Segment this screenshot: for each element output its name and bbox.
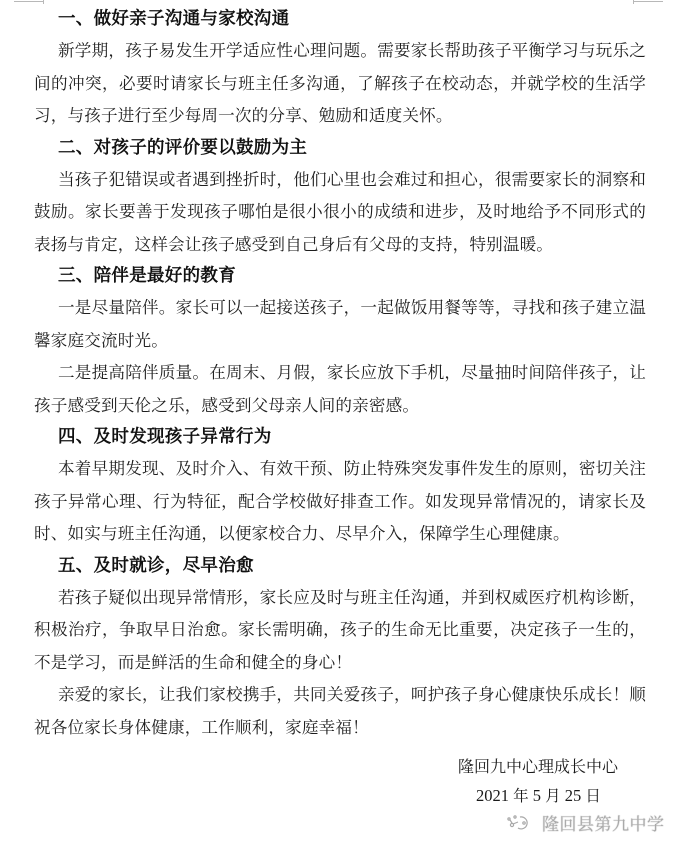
section-paragraph: 当孩子犯错误或者遇到挫折时，他们心里也会难过和担心，很需要家长的洞察和鼓励。家长… <box>34 164 646 262</box>
section-paragraph: 新学期，孩子易发生开学适应性心理问题。需要家长帮助孩子平衡学习与玩乐之间的冲突，… <box>34 35 646 133</box>
date-month-unit: 月 <box>545 787 561 805</box>
section-paragraph: 本着早期发现、及时介入、有效干预、防止特殊突发事件发生的原则，密切关注孩子异常心… <box>34 453 646 551</box>
page-corner-mark-top-right <box>633 0 663 2</box>
section-heading: 二、对孩子的评价要以鼓励为主 <box>34 133 646 164</box>
date-year-unit: 年 <box>513 787 529 805</box>
section-heading: 五、及时就诊，尽早治愈 <box>34 551 646 582</box>
document-body: 一、做好亲子沟通与家校沟通 新学期，孩子易发生开学适应性心理问题。需要家长帮助孩… <box>34 4 646 744</box>
wechat-watermark: 隆回县第九中学 <box>506 810 665 835</box>
page-corner-mark-top-left <box>14 0 44 2</box>
date-day: 25 <box>565 786 582 805</box>
date-year: 2021 <box>476 786 509 805</box>
watermark-text: 隆回县第九中学 <box>542 810 665 835</box>
date-month: 5 <box>533 786 541 805</box>
section-paragraph: 若孩子疑似出现异常情形，家长应及时与班主任沟通，并到权威医疗机构诊断，积极治疗，… <box>34 582 646 680</box>
section-3: 三、陪伴是最好的教育 一是尽量陪伴。家长可以一起接送孩子，一起做饭用餐等等，寻找… <box>34 261 646 422</box>
section-heading: 三、陪伴是最好的教育 <box>34 261 646 292</box>
section-4: 四、及时发现孩子异常行为 本着早期发现、及时介入、有效干预、防止特殊突发事件发生… <box>34 422 646 551</box>
signature-organization: 隆回九中心理成长中心 <box>458 757 618 777</box>
section-paragraph: 二是提高陪伴质量。在周末、月假，家长应放下手机，尽量抽时间陪伴孩子，让孩子感受到… <box>34 357 646 422</box>
section-5: 五、及时就诊，尽早治愈 若孩子疑似出现异常情形，家长应及时与班主任沟通，并到权威… <box>34 551 646 745</box>
wechat-official-account-icon <box>506 813 536 833</box>
section-heading: 一、做好亲子沟通与家校沟通 <box>34 4 646 35</box>
signature-date: 2021 年 5 月 25 日 <box>476 786 601 806</box>
closing-paragraph: 亲爱的家长，让我们家校携手，共同关爱孩子，呵护孩子身心健康快乐成长！顺祝各位家长… <box>34 679 646 744</box>
section-2: 二、对孩子的评价要以鼓励为主 当孩子犯错误或者遇到挫折时，他们心里也会难过和担心… <box>34 133 646 262</box>
section-paragraph: 一是尽量陪伴。家长可以一起接送孩子，一起做饭用餐等等，寻找和孩子建立温馨家庭交流… <box>34 292 646 357</box>
section-heading: 四、及时发现孩子异常行为 <box>34 422 646 453</box>
section-1: 一、做好亲子沟通与家校沟通 新学期，孩子易发生开学适应性心理问题。需要家长帮助孩… <box>34 4 646 133</box>
date-day-unit: 日 <box>585 787 601 805</box>
